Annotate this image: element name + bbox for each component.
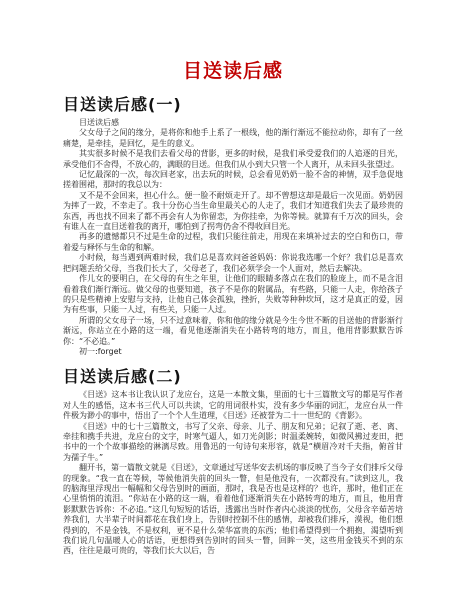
paragraph: 小时候，每当遇到两难时候，我们总是喜欢问爸爸妈妈：你说我选哪一个好？我们总是喜欢… [63,253,403,274]
section-1-heading: 目送读后感(一) [63,92,403,115]
paragraph: 又不是不会回来，担心什么。便一脸不耐烦走开了。却不曾想这却是最后一次见面。奶奶因… [63,191,403,233]
paragraph: 《目送》这本书让我认识了龙应台，这是一本散文集，里面的七十三篇散文写的都是写作者… [63,390,403,421]
document-title: 目送读后感 [63,56,403,83]
essay-section-1: 目送读后感(一) 目送读后感 父女母子之间的缘分，是将你和他手上系了一根线，他的… [63,92,403,357]
paragraph: 再多的遗憾都只不过是生命的过程，我们只能往前走，用现在来填补过去的空白和伤口，带… [63,232,403,253]
author-signature: 初一:forget [63,347,403,357]
paragraph: 其实很多时候不是我们去看父母的背影，更多的时候，是我们承受爱我们的人追逐的目光，… [63,149,403,170]
essay-section-2: 目送读后感(二) 《目送》这本书让我认识了龙应台，这是一本散文集，里面的七十三篇… [63,364,403,557]
paragraph: 《目送》中的七十三篇散文，书写了父亲、母亲、儿子、朋友和兄弟；记叙了逝、老、离、… [63,422,403,464]
paragraph: 记忆最深的一次，每次回老家，出去玩的时候，总会看见奶奶一脸不舍的神情，双手急促地… [63,170,403,191]
paragraph: 所谓的父女母子一场，只不过意味着，你和他的缘分就是今生今世不断的目送他的背影渐行… [63,316,403,347]
document-page: 目送读后感 目送读后感(一) 目送读后感 父女母子之间的缘分，是将你和他手上系了… [0,0,463,600]
paragraph: 作儿女的要明白，在父母的有生之年里，让他们的眼睛多落点在我们的脸庞上，而不是含泪… [63,274,403,316]
paragraph: 翻开书，第一篇散文就是《目送》，文章通过写送华安去机场的事反映了当今子女们排斥父… [63,463,403,557]
section-2-heading: 目送读后感(二) [63,364,403,387]
paragraph: 父女母子之间的缘分，是将你和他手上系了一根线，他的渐行渐远不能拉动你，却有了一丝… [63,128,403,149]
section-1-subtitle-line: 目送读后感 [63,118,403,128]
